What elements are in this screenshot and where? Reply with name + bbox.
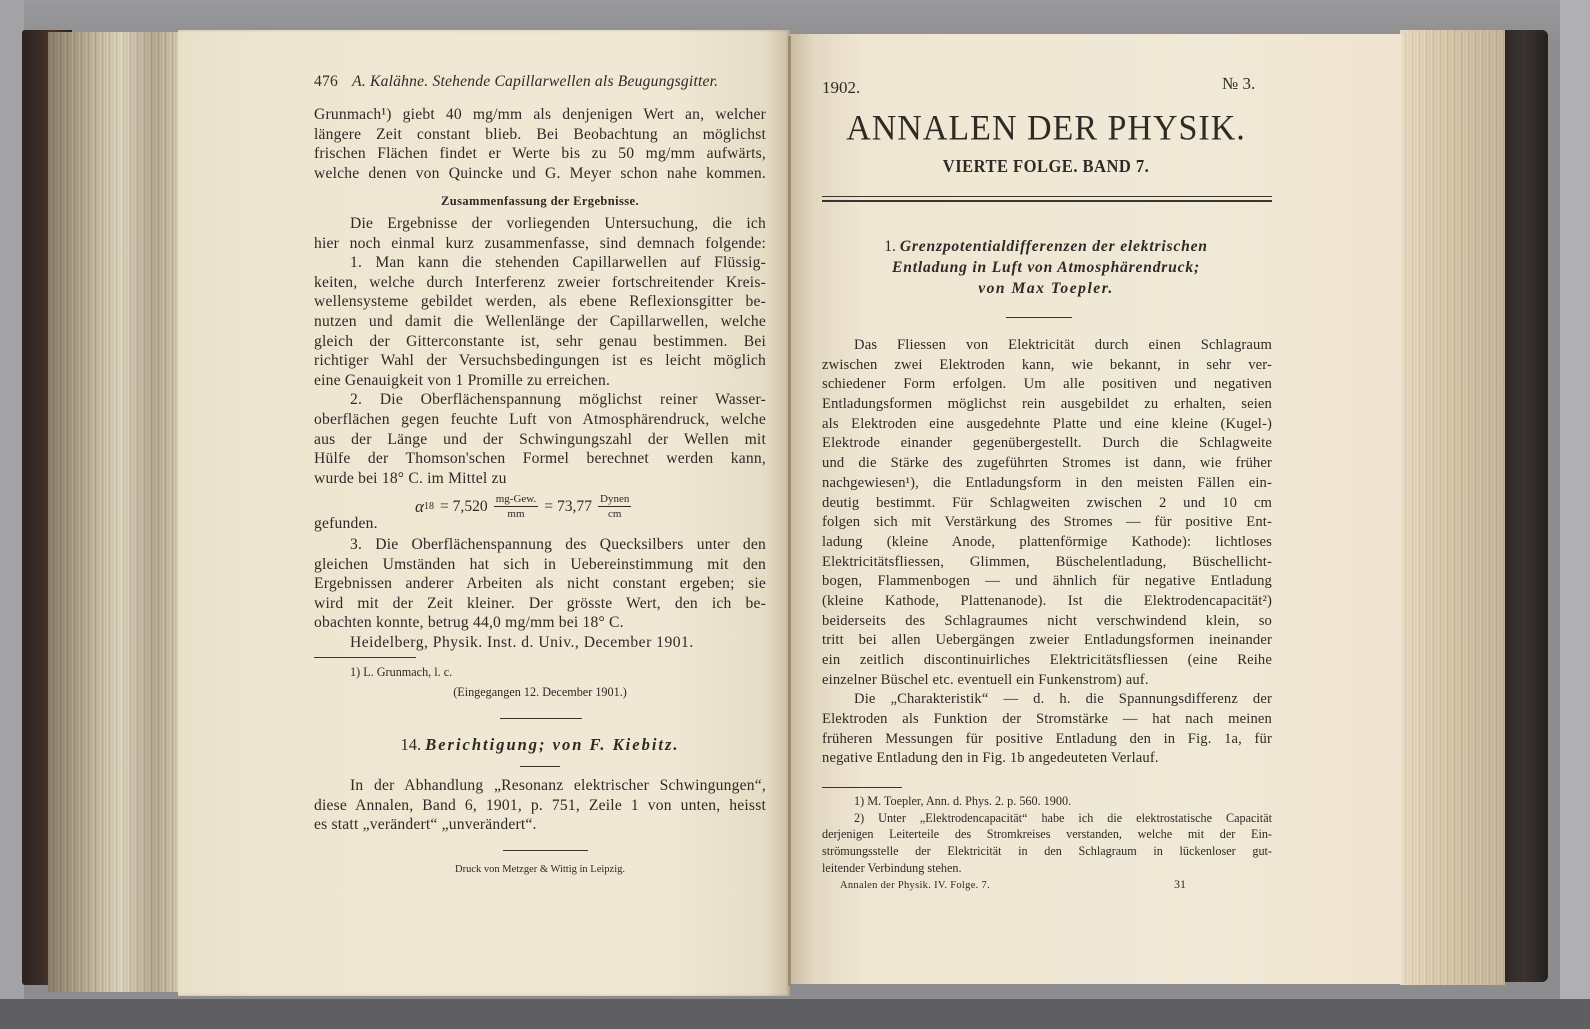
text-line: früheren Messungen für positive Entladun…: [822, 730, 1272, 750]
text-line: (kleine Kathode, Plattenanode). Ist die …: [822, 592, 1272, 612]
separator-rule: [1006, 317, 1072, 318]
footnote-rule: [822, 787, 902, 788]
text-line: wellensysteme gebildet werden, als ebene…: [314, 292, 766, 312]
page-edges-left: [48, 32, 180, 992]
title-rule-bottom: [822, 200, 1272, 202]
printer-imprint: Druck von Metzger & Wittig in Leipzig.: [314, 864, 766, 875]
text-line: und die Stärke des zugeführten Stromes i…: [822, 454, 1272, 474]
left-running-head: 476 A. Kalähne. Stehende Capillarwellen …: [314, 72, 766, 92]
footnote-line: derjenigen Leiterteile des Stromkreises …: [822, 826, 1272, 843]
text-line: ladung (kleine Anode, plattenförmige Kat…: [822, 533, 1272, 553]
text-line: längere Zeit constant blieb. Bei Beobach…: [314, 125, 766, 145]
text-line: gleich der Gitterconstante ist, sehr gen…: [314, 332, 766, 352]
text-line: Hülfe der Thomson'schen Formel berechnet…: [314, 449, 766, 469]
text-line: aus der Länge und der Schwingungszahl de…: [314, 430, 766, 450]
background-right: [1560, 0, 1590, 1029]
article-title-line: Entladung in Luft von Atmosphärendruck;: [822, 257, 1270, 278]
summary-paragraphs: Die Ergebnisse der vorliegenden Untersuc…: [314, 214, 766, 488]
text-line: Entladungsformen möglichst rein ausgebil…: [822, 395, 1272, 415]
article-14-heading: 14. Berichtigung; von F. Kiebitz.: [314, 735, 766, 755]
footnote-rule: [314, 657, 416, 658]
text-line: folgen sich mit Verstärkung des Stromes …: [822, 513, 1272, 533]
text-line: zwischen zwei Elektroden kann, wie bekan…: [822, 356, 1272, 376]
after-formula: gefunden.: [314, 514, 378, 534]
text-line: Grunmach¹) giebt 40 mg/mm als denjenigen…: [314, 105, 766, 125]
text-line: nachgewiesen¹), die Entladungsform in de…: [822, 474, 1272, 494]
background-bottom: [0, 999, 1590, 1029]
year: 1902.: [822, 78, 860, 98]
title-rule-top: [822, 196, 1272, 197]
text-line: welche denen von Quincke und G. Meyer sc…: [314, 164, 766, 184]
text-line: Die „Charakteristik“ — d. h. die Spannun…: [822, 690, 1272, 710]
article-author: von Max Toepler.: [822, 278, 1270, 299]
article-14-title: Berichtigung; von F. Kiebitz.: [425, 735, 679, 754]
text-line: 2. Die Oberflächenspannung möglichst rei…: [314, 390, 766, 410]
text-line: wurde bei 18° C. im Mittel zu: [314, 469, 766, 489]
fraction-2: Dynen cm: [598, 492, 631, 521]
text-line: gleichen Umständen hat sich in Uebereins…: [314, 555, 766, 575]
text-line: einzelner Büschel etc. eventuell ein Fun…: [822, 671, 1272, 691]
text-line: obachten konnte, betrug 44,0 mg/mm bei 1…: [314, 613, 766, 633]
article-number: 1.: [884, 238, 896, 255]
section-heading: Zusammenfassung der Ergebnisse.: [314, 194, 766, 209]
text-line: eine Genauigkeit von 1 Promille zu errei…: [314, 371, 766, 391]
formula-value-2: = 73,77: [544, 498, 592, 516]
text-line: wird mit der Zeit kleiner. Der grösste W…: [314, 594, 766, 614]
formula: α 18 = 7,520 mg-Gew. mm = 73,77 Dynen cm: [415, 492, 637, 521]
signature-number: 31: [1174, 877, 1186, 892]
book-cover-right: [1500, 30, 1548, 982]
text-line: nutzen und damit die Wellenlänge der Cap…: [314, 312, 766, 332]
running-head-title: A. Kalähne. Stehende Capillarwellen als …: [352, 73, 718, 90]
left-page-number: 476: [314, 73, 338, 90]
fraction-denominator: cm: [608, 507, 621, 521]
point-3: 3. Die Oberflächenspannung des Quecksilb…: [314, 535, 766, 633]
text-line: Ergebnissen anderer Arbeiten als nicht c…: [314, 574, 766, 594]
text-line: In der Abhandlung „Resonanz elektrischer…: [314, 776, 766, 796]
text-line: deutig bestimmt. Für Schlagweiten zwisch…: [822, 494, 1272, 514]
text-line: keiten, welche durch Interferenz zweier …: [314, 273, 766, 293]
series-volume: VIERTE FOLGE. BAND 7.: [840, 156, 1252, 177]
text-line: ein zeitlich discontinuirliches Elektric…: [822, 651, 1272, 671]
text-line: schiedener Form erfolgen. Um alle positi…: [822, 375, 1272, 395]
fraction-numerator: mg-Gew.: [494, 492, 539, 507]
text-line: 1. Man kann die stehenden Capillarwellen…: [314, 253, 766, 273]
article-14-body: In der Abhandlung „Resonanz elektrischer…: [314, 776, 766, 835]
journal-title: ANNALEN DER PHYSIK.: [822, 109, 1270, 149]
footnote-line: 1) M. Toepler, Ann. d. Phys. 2. p. 560. …: [822, 793, 1272, 810]
footnote-line: strömungsstelle der Elektricität in den …: [822, 843, 1272, 860]
text-line: es statt „verändert“ „unverändert“.: [314, 815, 766, 835]
fraction-numerator: Dynen: [598, 492, 631, 507]
separator-rule: [500, 718, 582, 719]
article-title: 1. Grenzpotentialdifferenzen der elektri…: [822, 236, 1270, 299]
separator-rule: [503, 850, 588, 851]
formula-subscript: 18: [424, 501, 434, 512]
text-line: 3. Die Oberflächenspannung des Quecksilb…: [314, 535, 766, 555]
text-line: Die Ergebnisse der vorliegenden Untersuc…: [314, 214, 766, 234]
footnote-line: 2) Unter „Elektrodencapacität“ habe ich …: [822, 810, 1272, 827]
text-line: Das Fliessen von Elektricität durch eine…: [822, 336, 1272, 356]
text-line: hier noch einmal kurz zusammenfasse, sin…: [314, 234, 766, 254]
right-footnotes: 1) M. Toepler, Ann. d. Phys. 2. p. 560. …: [822, 793, 1272, 876]
formula-value-1: = 7,520: [440, 498, 488, 516]
signature-mark: Annalen der Physik. IV. Folge. 7.: [840, 880, 990, 891]
right-body: Das Fliessen von Elektricität durch eine…: [822, 336, 1272, 769]
text-line: Elektricitätsfliessen, Glimmen, Büschele…: [822, 553, 1272, 573]
text-line: tritt bei allen Uebergängen zweier Entla…: [822, 631, 1272, 651]
background-left: [0, 0, 24, 1029]
left-footnote: 1) L. Grunmach, l. c.: [350, 664, 452, 681]
text-line: diese Annalen, Band 6, 1901, p. 751, Zei…: [314, 796, 766, 816]
signoff: Heidelberg, Physik. Inst. d. Univ., Dece…: [350, 633, 694, 653]
article-title-text: Grenzpotentialdifferenzen der elektrisch…: [900, 238, 1208, 255]
text-line: richtiger Wahl der Versuchsbedingungen i…: [314, 351, 766, 371]
page-edges-right: [1400, 30, 1505, 985]
text-line: negative Entladung den in Fig. 1b angede…: [822, 749, 1272, 769]
received-date: (Eingegangen 12. December 1901.): [314, 684, 766, 701]
book-gutter: [788, 36, 791, 986]
separator-rule: [520, 766, 560, 767]
text-line: Elektroden als Funktion der Stromstärke …: [822, 710, 1272, 730]
text-line: oberflächen gegen feuchte Luft von Atmos…: [314, 410, 766, 430]
footnote-line: leitender Verbindung stehen.: [822, 860, 1272, 877]
text-line: als Elektroden eine ausgedehnte Platte u…: [822, 415, 1272, 435]
formula-symbol: α: [415, 497, 424, 517]
text-line: Elektrode einander gegenübergestellt. Du…: [822, 434, 1272, 454]
article-title-line: 1. Grenzpotentialdifferenzen der elektri…: [822, 236, 1270, 257]
text-line: frischen Flächen findet er Werte bis zu …: [314, 144, 766, 164]
text-line: bogen, Flammenbogen — und ähnlich für ne…: [822, 572, 1272, 592]
text-line: beiderseits des Schlagraumes nicht versc…: [822, 612, 1272, 632]
article-14-number: 14.: [400, 735, 421, 754]
fraction-1: mg-Gew. mm: [494, 492, 539, 521]
continuation-paragraph: Grunmach¹) giebt 40 mg/mm als denjenigen…: [314, 105, 766, 183]
fraction-denominator: mm: [507, 507, 524, 521]
issue-number: № 3.: [1222, 74, 1255, 94]
